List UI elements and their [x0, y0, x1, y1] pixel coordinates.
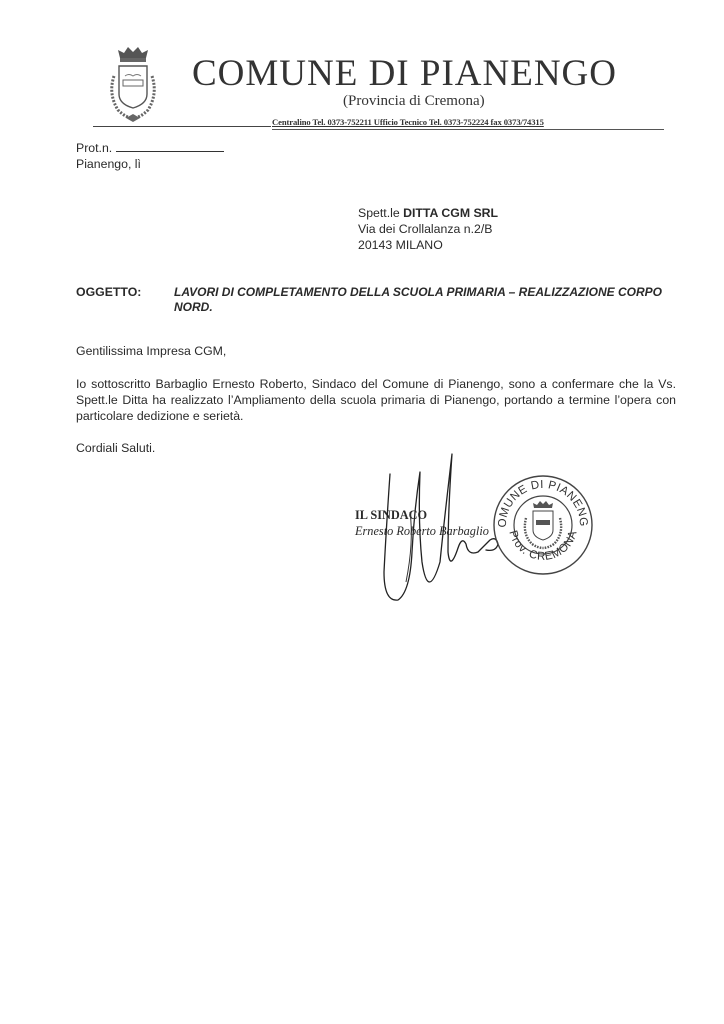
handwritten-signature-icon — [370, 452, 510, 607]
body-paragraph: Io sottoscritto Barbaglio Ernesto Robert… — [76, 376, 676, 424]
subject-label: OGGETTO: — [76, 285, 141, 299]
subject-text: LAVORI DI COMPLETAMENTO DELLA SCUOLA PRI… — [174, 285, 674, 315]
recipient-prefix: Spett.le — [358, 206, 400, 220]
protocol-label: Prot.n. — [76, 141, 112, 155]
recipient-name-line: Spett.le DITTA CGM SRL — [358, 206, 498, 220]
greeting: Gentilissima Impresa CGM, — [76, 344, 226, 358]
header-divider-right — [272, 129, 664, 130]
coat-of-arms-icon — [104, 44, 162, 126]
recipient-address: Via dei Crollalanza n.2/B — [358, 222, 492, 236]
protocol-blank-line — [116, 150, 224, 152]
recipient-city: 20143 MILANO — [358, 238, 443, 252]
recipient-name: DITTA CGM SRL — [403, 206, 498, 220]
protocol-field: Prot.n. — [76, 141, 224, 155]
contact-numbers: Centralino Tel. 0373-752211 Ufficio Tecn… — [272, 117, 544, 127]
province-subtitle: (Provincia di Cremona) — [343, 93, 485, 110]
closing: Cordiali Saluti. — [76, 441, 155, 455]
letter-page: COMUNE DI PIANENGO (Provincia di Cremona… — [0, 0, 724, 1024]
place-date-label: Pianengo, lì — [76, 157, 141, 171]
municipality-title: COMUNE DI PIANENGO — [192, 52, 617, 95]
header-divider-left — [93, 126, 271, 127]
official-seal-icon: COMUNE DI PIANENGO (Prov. CREMONA) — [492, 474, 594, 576]
